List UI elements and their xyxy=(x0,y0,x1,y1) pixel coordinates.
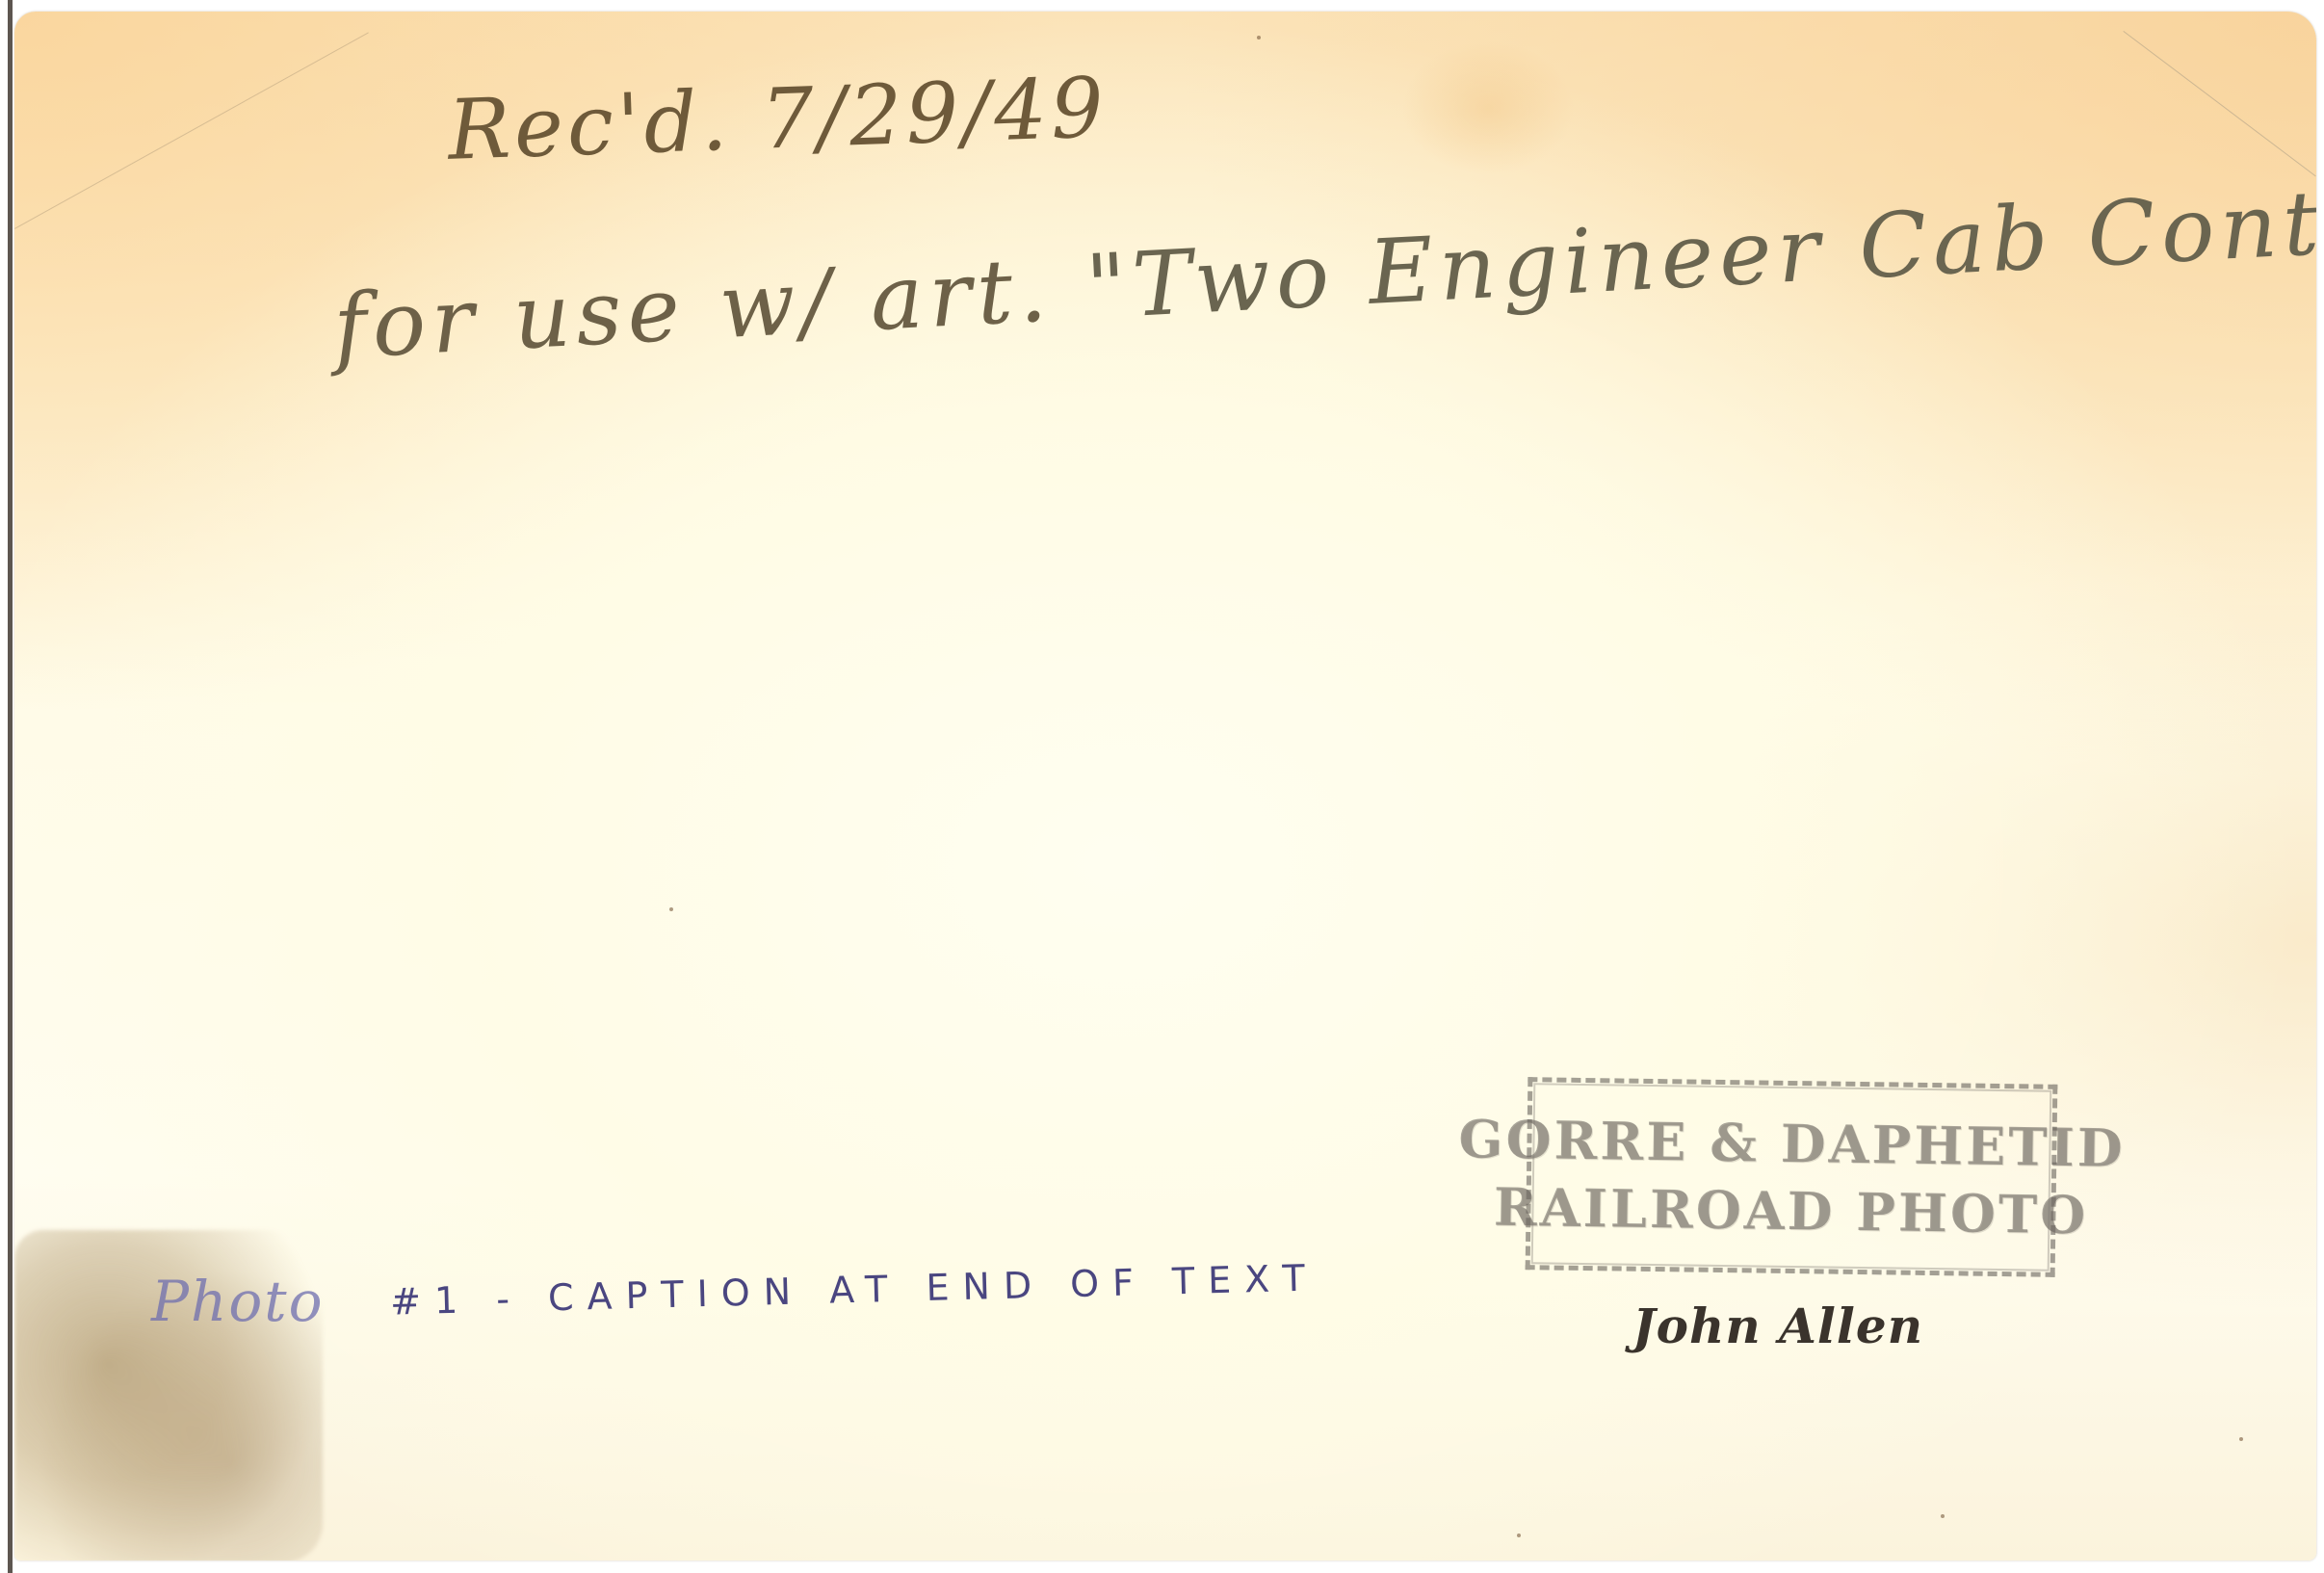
speck xyxy=(1941,1514,1945,1518)
signature: John Allen xyxy=(1632,1298,1923,1354)
photographer-stamp: GORRE & DAPHETID RAILROAD PHOTO xyxy=(1526,1077,2058,1277)
caption-note: #1 - CAPTION AT END OF TEXT xyxy=(390,1256,1319,1323)
scanner-edge xyxy=(8,0,13,1573)
speck xyxy=(1517,1534,1521,1537)
crease-line xyxy=(14,32,369,228)
photo-label: Photo xyxy=(151,1269,325,1334)
water-stain xyxy=(1401,40,1575,175)
crease-line xyxy=(2123,31,2315,176)
speck xyxy=(1257,36,1261,39)
usage-prefix: for use w/ art. xyxy=(331,238,1055,379)
usage-note: for use w/ art. "Two Engineer Cab Contro… xyxy=(331,162,2316,379)
speck xyxy=(2239,1437,2243,1441)
received-date-note: Rec'd. 7/29/49 xyxy=(446,60,1109,179)
photo-back-card: Rec'd. 7/29/49 for use w/ art. "Two Engi… xyxy=(14,12,2316,1560)
stamp-line-1: GORRE & DAPHETID xyxy=(1458,1108,2126,1179)
article-title: "Two Engineer Cab Control" xyxy=(1084,162,2316,339)
speck xyxy=(669,907,673,911)
stamp-line-2: RAILROAD PHOTO xyxy=(1493,1176,2088,1246)
